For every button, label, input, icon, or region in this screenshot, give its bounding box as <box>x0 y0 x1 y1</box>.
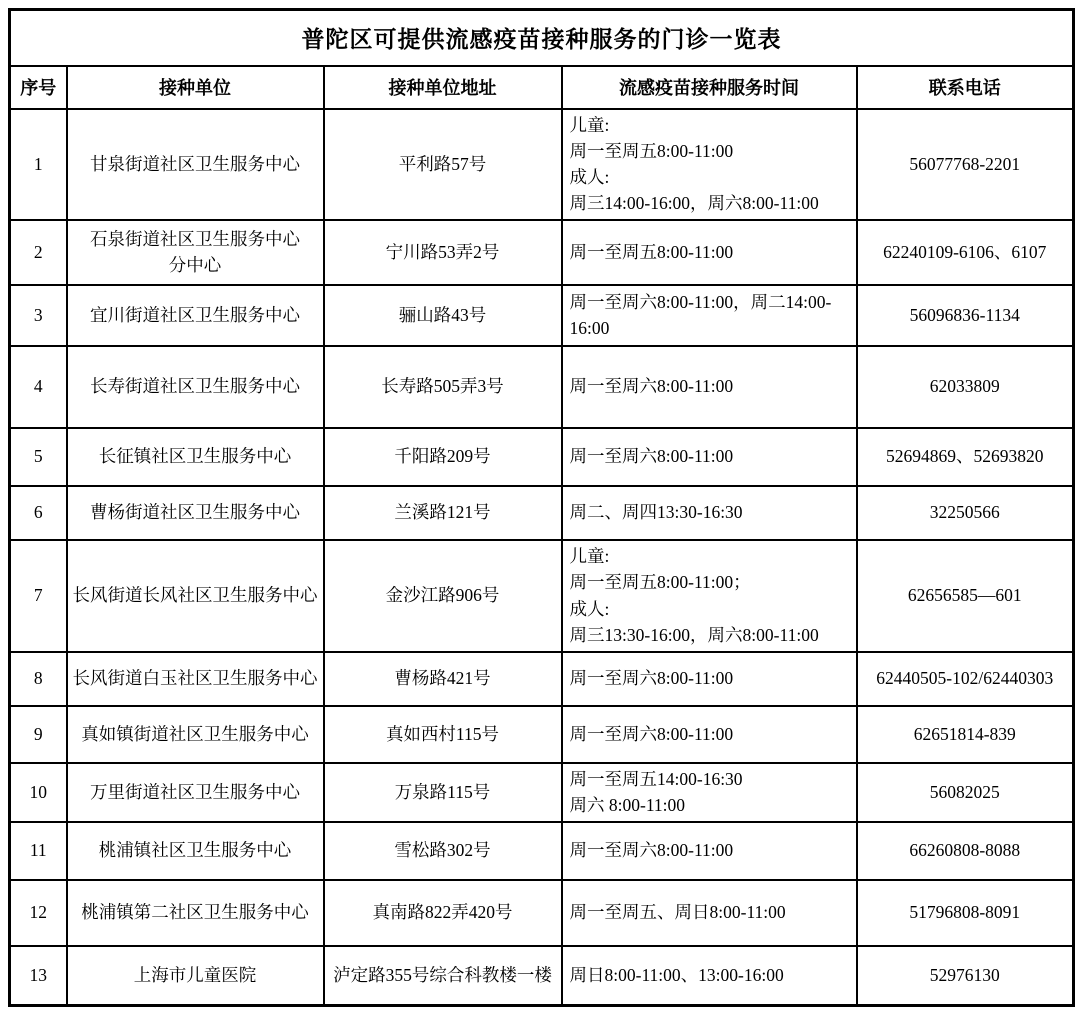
column-header-unit: 接种单位 <box>67 66 324 109</box>
cell-address: 兰溪路121号 <box>324 486 562 540</box>
cell-unit: 宜川街道社区卫生服务中心 <box>67 285 324 346</box>
cell-phone: 66260808-8088 <box>857 822 1074 880</box>
table-row: 9真如镇街道社区卫生服务中心真如西村115号周一至周六8:00-11:00626… <box>10 706 1074 763</box>
table-row: 13上海市儿童医院泸定路355号综合科教楼一楼周日8:00-11:00、13:0… <box>10 946 1074 1006</box>
cell-address: 宁川路53弄2号 <box>324 220 562 285</box>
cell-phone: 56082025 <box>857 763 1074 822</box>
cell-time: 周日8:00-11:00、13:00-16:00 <box>562 946 857 1006</box>
page-title: 普陀区可提供流感疫苗接种服务的门诊一览表 <box>10 10 1074 66</box>
cell-address: 雪松路302号 <box>324 822 562 880</box>
cell-no: 11 <box>10 822 67 880</box>
cell-address: 曹杨路421号 <box>324 652 562 706</box>
cell-phone: 52976130 <box>857 946 1074 1006</box>
cell-address: 真如西村115号 <box>324 706 562 763</box>
cell-time: 周一至周五8:00-11:00 <box>562 220 857 285</box>
table-row: 12桃浦镇第二社区卫生服务中心真南路822弄420号周一至周五、周日8:00-1… <box>10 880 1074 946</box>
cell-phone: 62440505-102/62440303 <box>857 652 1074 706</box>
cell-address: 平利路57号 <box>324 109 562 220</box>
title-row: 普陀区可提供流感疫苗接种服务的门诊一览表 <box>10 10 1074 66</box>
column-header-phone: 联系电话 <box>857 66 1074 109</box>
table-row: 2石泉街道社区卫生服务中心 分中心宁川路53弄2号周一至周五8:00-11:00… <box>10 220 1074 285</box>
cell-phone: 62033809 <box>857 346 1074 428</box>
cell-phone: 56096836-1134 <box>857 285 1074 346</box>
cell-unit: 长风街道长风社区卫生服务中心 <box>67 540 324 652</box>
cell-address: 万泉路115号 <box>324 763 562 822</box>
cell-no: 3 <box>10 285 67 346</box>
cell-unit: 曹杨街道社区卫生服务中心 <box>67 486 324 540</box>
cell-time: 儿童: 周一至周五8:00-11:00 成人: 周三14:00-16:00，周六… <box>562 109 857 220</box>
cell-time: 周一至周六8:00-11:00 <box>562 822 857 880</box>
cell-no: 5 <box>10 428 67 486</box>
cell-unit: 石泉街道社区卫生服务中心 分中心 <box>67 220 324 285</box>
cell-no: 1 <box>10 109 67 220</box>
cell-unit: 长寿街道社区卫生服务中心 <box>67 346 324 428</box>
table-body: 1甘泉街道社区卫生服务中心平利路57号儿童: 周一至周五8:00-11:00 成… <box>10 109 1074 1006</box>
cell-phone: 62240109-6106、6107 <box>857 220 1074 285</box>
cell-address: 长寿路505弄3号 <box>324 346 562 428</box>
cell-no: 9 <box>10 706 67 763</box>
cell-address: 泸定路355号综合科教楼一楼 <box>324 946 562 1006</box>
column-header-time: 流感疫苗接种服务时间 <box>562 66 857 109</box>
clinic-table: 普陀区可提供流感疫苗接种服务的门诊一览表 序号 接种单位 接种单位地址 流感疫苗… <box>8 8 1075 1007</box>
cell-unit: 长风街道白玉社区卫生服务中心 <box>67 652 324 706</box>
table-row: 6曹杨街道社区卫生服务中心兰溪路121号周二、周四13:30-16:303225… <box>10 486 1074 540</box>
cell-no: 4 <box>10 346 67 428</box>
cell-address: 金沙江路906号 <box>324 540 562 652</box>
header-row: 序号 接种单位 接种单位地址 流感疫苗接种服务时间 联系电话 <box>10 66 1074 109</box>
cell-time: 周一至周六8:00-11:00 <box>562 706 857 763</box>
cell-unit: 上海市儿童医院 <box>67 946 324 1006</box>
cell-no: 6 <box>10 486 67 540</box>
cell-phone: 62656585—601 <box>857 540 1074 652</box>
cell-no: 2 <box>10 220 67 285</box>
cell-phone: 56077768-2201 <box>857 109 1074 220</box>
cell-time: 周一至周六8:00-11:00 <box>562 346 857 428</box>
cell-no: 13 <box>10 946 67 1006</box>
cell-no: 7 <box>10 540 67 652</box>
cell-no: 8 <box>10 652 67 706</box>
cell-time: 周一至周五、周日8:00-11:00 <box>562 880 857 946</box>
table-row: 5长征镇社区卫生服务中心千阳路209号周一至周六8:00-11:00526948… <box>10 428 1074 486</box>
column-header-no: 序号 <box>10 66 67 109</box>
cell-phone: 51796808-8091 <box>857 880 1074 946</box>
cell-phone: 32250566 <box>857 486 1074 540</box>
cell-no: 12 <box>10 880 67 946</box>
cell-phone: 62651814-839 <box>857 706 1074 763</box>
cell-address: 骊山路43号 <box>324 285 562 346</box>
column-header-address: 接种单位地址 <box>324 66 562 109</box>
cell-unit: 真如镇街道社区卫生服务中心 <box>67 706 324 763</box>
cell-unit: 长征镇社区卫生服务中心 <box>67 428 324 486</box>
table-row: 1甘泉街道社区卫生服务中心平利路57号儿童: 周一至周五8:00-11:00 成… <box>10 109 1074 220</box>
cell-unit: 桃浦镇第二社区卫生服务中心 <box>67 880 324 946</box>
cell-address: 千阳路209号 <box>324 428 562 486</box>
cell-address: 真南路822弄420号 <box>324 880 562 946</box>
table-row: 4长寿街道社区卫生服务中心长寿路505弄3号周一至周六8:00-11:00620… <box>10 346 1074 428</box>
cell-unit: 桃浦镇社区卫生服务中心 <box>67 822 324 880</box>
cell-time: 儿童: 周一至周五8:00-11:00； 成人: 周三13:30-16:00，周… <box>562 540 857 652</box>
cell-unit: 甘泉街道社区卫生服务中心 <box>67 109 324 220</box>
cell-phone: 52694869、52693820 <box>857 428 1074 486</box>
table-row: 3宜川街道社区卫生服务中心骊山路43号周一至周六8:00-11:00，周二14:… <box>10 285 1074 346</box>
cell-no: 10 <box>10 763 67 822</box>
document-sheet: 普陀区可提供流感疫苗接种服务的门诊一览表 序号 接种单位 接种单位地址 流感疫苗… <box>0 0 1080 1036</box>
cell-time: 周二、周四13:30-16:30 <box>562 486 857 540</box>
cell-time: 周一至周六8:00-11:00，周二14:00-16:00 <box>562 285 857 346</box>
cell-time: 周一至周六8:00-11:00 <box>562 428 857 486</box>
cell-unit: 万里街道社区卫生服务中心 <box>67 763 324 822</box>
table-row: 7长风街道长风社区卫生服务中心金沙江路906号儿童: 周一至周五8:00-11:… <box>10 540 1074 652</box>
table-row: 10万里街道社区卫生服务中心万泉路115号周一至周五14:00-16:30 周六… <box>10 763 1074 822</box>
cell-time: 周一至周五14:00-16:30 周六 8:00-11:00 <box>562 763 857 822</box>
cell-time: 周一至周六8:00-11:00 <box>562 652 857 706</box>
table-row: 8长风街道白玉社区卫生服务中心曹杨路421号周一至周六8:00-11:00624… <box>10 652 1074 706</box>
table-row: 11桃浦镇社区卫生服务中心雪松路302号周一至周六8:00-11:0066260… <box>10 822 1074 880</box>
